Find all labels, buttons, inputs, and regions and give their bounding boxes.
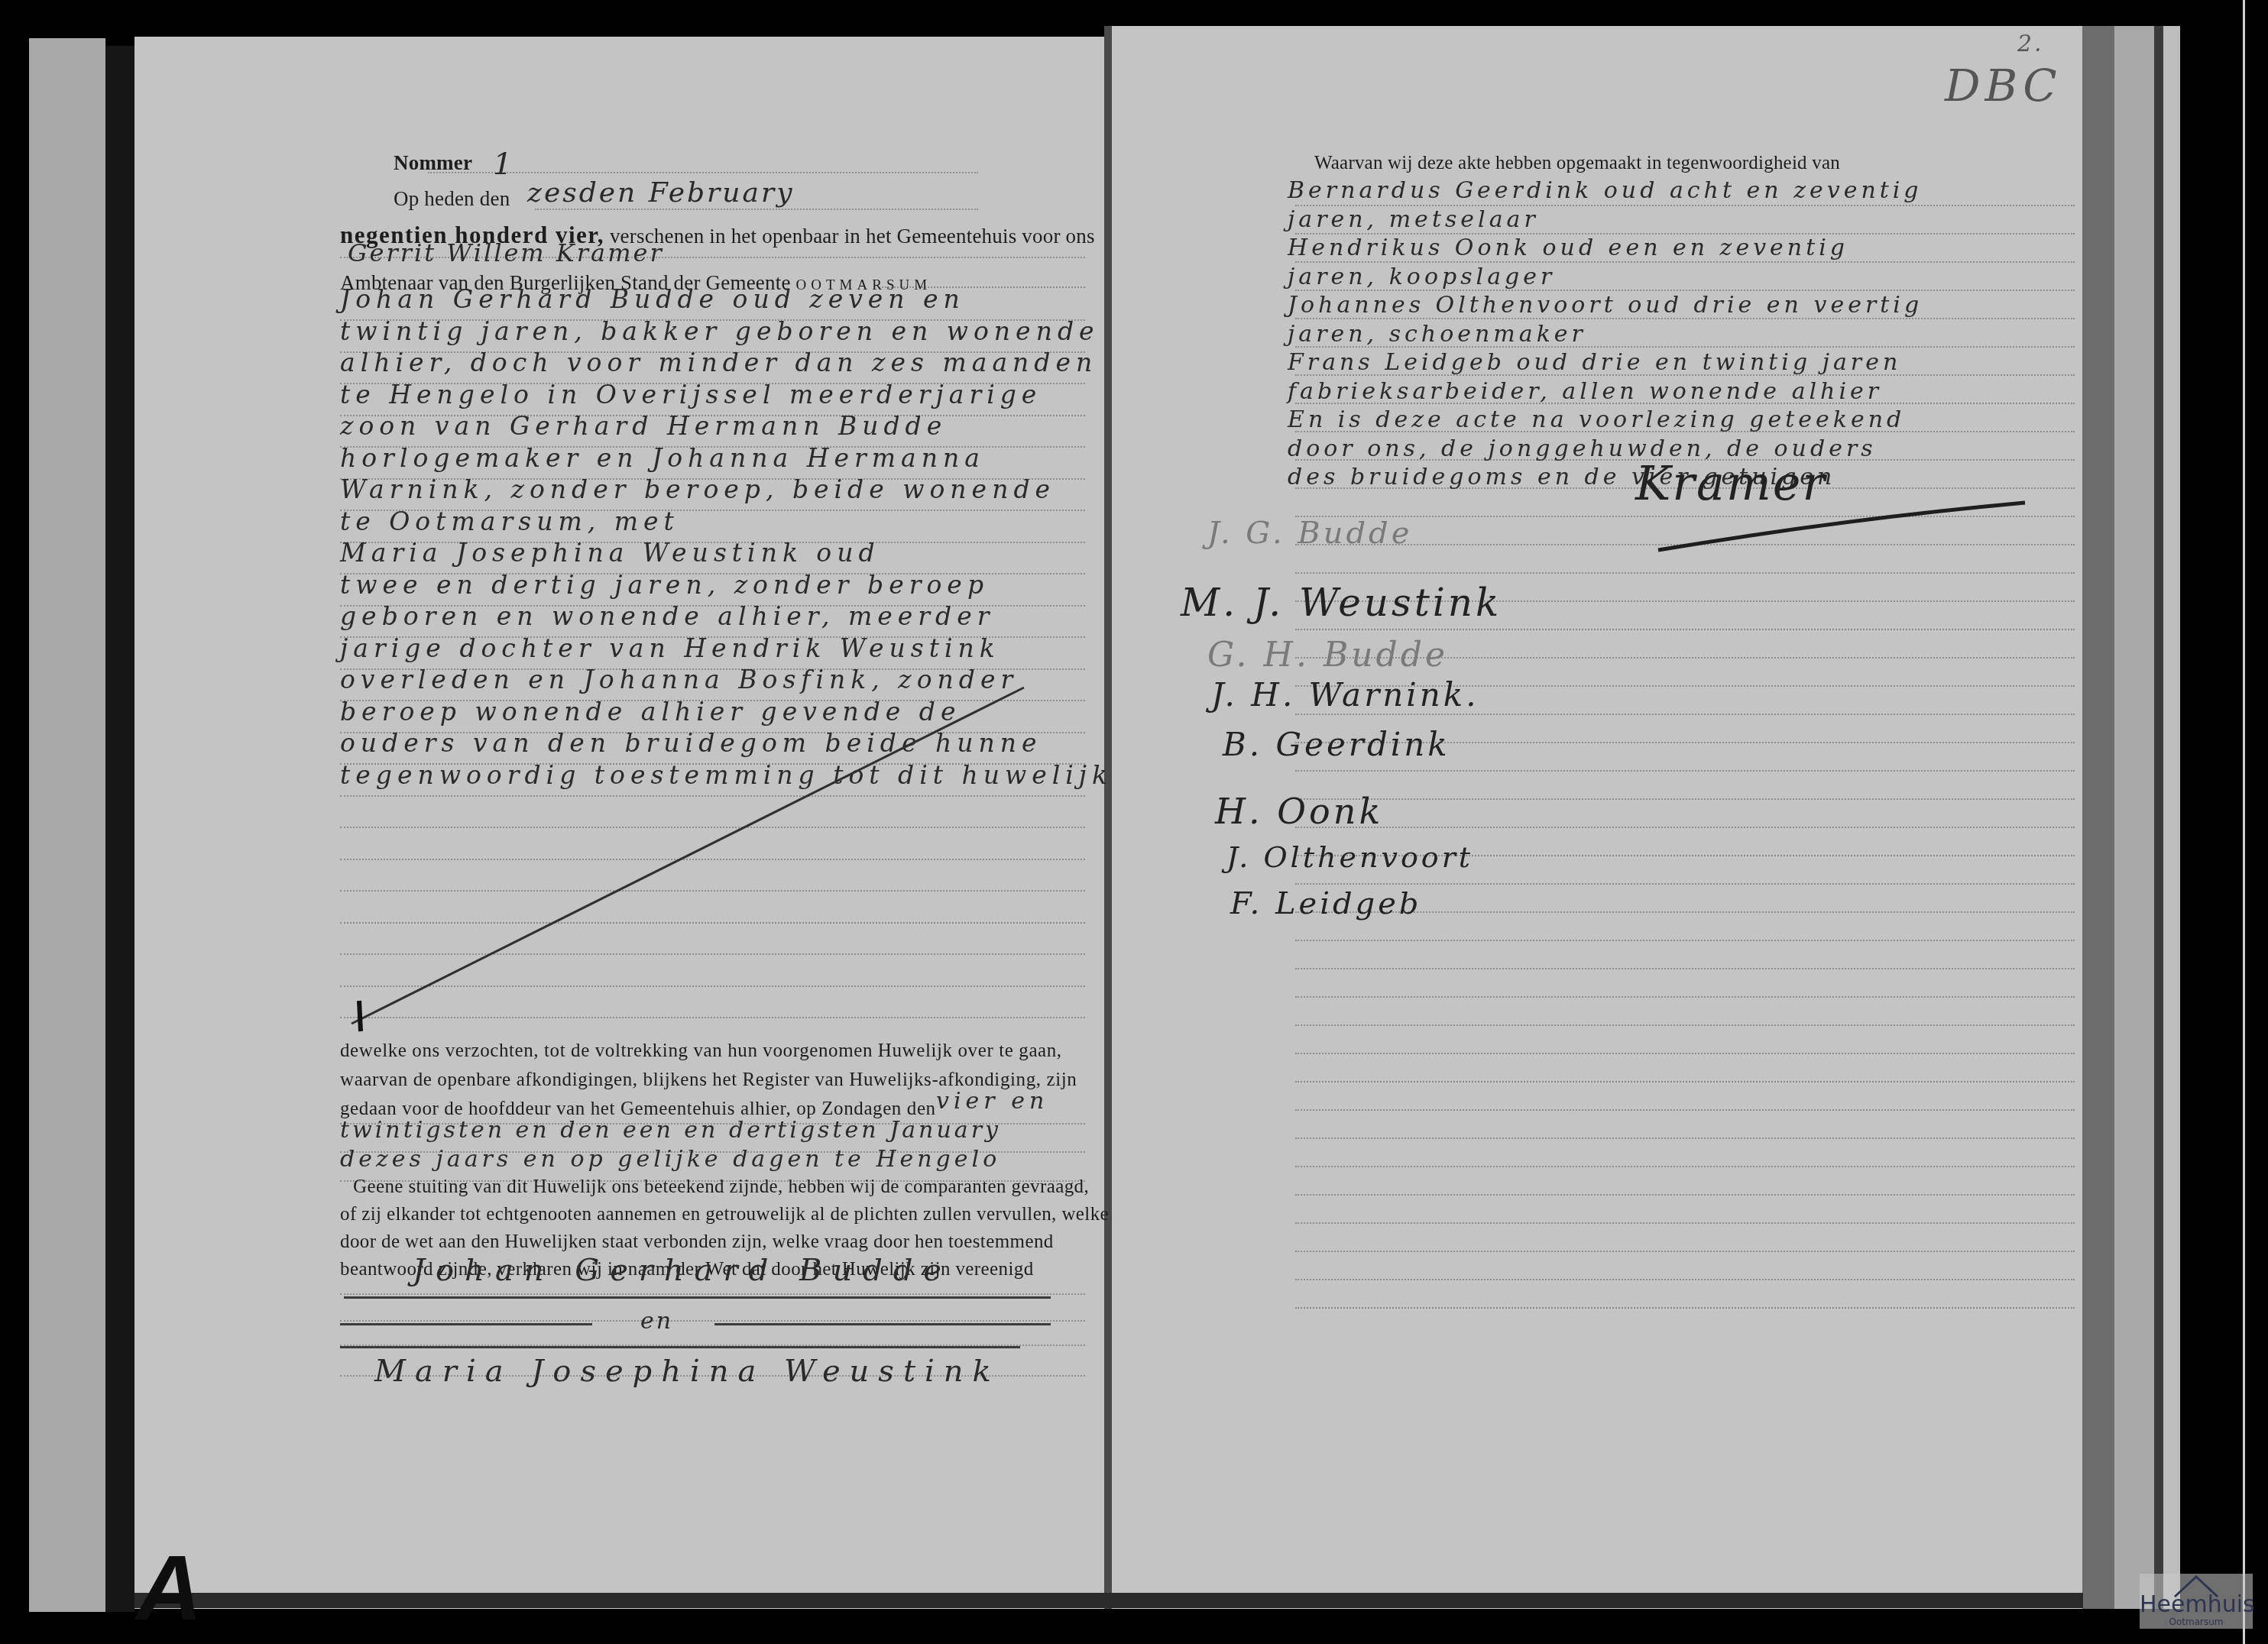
rule-line: [1295, 1279, 2075, 1280]
archive-mark: DBC: [1945, 60, 2062, 112]
conjunction: en: [640, 1308, 673, 1335]
rule-line: [1295, 996, 2075, 998]
rule-line: [340, 1320, 1085, 1322]
witness-signature: J. Olthenvoort: [1226, 840, 1473, 874]
witness-line: Frans Leidgeb oud drie en twintig jaren: [1288, 349, 1901, 376]
rule-line: [1295, 968, 2075, 969]
rule-line: [1295, 1081, 2075, 1083]
rule-line: [1295, 1138, 2075, 1139]
watermark-name: Heemhuis: [2140, 1594, 2253, 1616]
rule-line: [1295, 1024, 2075, 1026]
rule-line: [1295, 1109, 2075, 1111]
conjunction-line-right: [714, 1323, 1051, 1325]
number-label: Nommer: [394, 151, 472, 175]
witness-line: Hendrikus Oonk oud een en zeventig: [1288, 235, 1848, 261]
cancellation-stroke: [336, 672, 1085, 1039]
rule-line: [1295, 1053, 2075, 1054]
rule-line: [1295, 572, 2075, 574]
left-binding-band: [105, 46, 134, 1612]
record-number: 1: [493, 147, 514, 182]
printed-line: Geene stuiting van dit Huwelijk ons bete…: [353, 1176, 1089, 1198]
scan-border-line: [2243, 0, 2245, 1644]
rule-line: [1295, 1307, 2075, 1309]
rule-line: [1295, 714, 2075, 715]
handwritten-line: te Hengelo in Overijssel meerderjarige: [340, 380, 1042, 409]
bride-overline: [340, 1346, 1020, 1348]
rule-line: [1295, 940, 2075, 941]
witness-line: jaren, schoenmaker: [1288, 321, 1586, 348]
groom-name: Johan Gerhard Budde: [413, 1253, 952, 1288]
witness-signature: J. G. Budde: [1207, 516, 1412, 551]
witness-line: fabrieksarbeider, allen wonende alhier: [1288, 378, 1882, 405]
conjunction-line-left: [340, 1323, 592, 1325]
printed-line: door de wet aan den Huwelijken staat ver…: [340, 1231, 1054, 1253]
rule-line: [1295, 629, 2075, 630]
handwritten-line: zoon van Gerhard Hermann Budde: [340, 411, 947, 441]
proclamation-line: dezes jaars en op gelijke dagen te Henge…: [340, 1146, 1000, 1173]
witness-line: Bernardus Geerdink oud acht en zeventig: [1288, 177, 1923, 204]
left-binding-edge: [29, 38, 105, 1612]
handwritten-line: twintig jaren, bakker geboren en wonende: [340, 316, 1100, 346]
handwritten-line: jarige dochter van Hendrik Weustink: [340, 633, 1000, 663]
witness-line: Johannes Olthenvoort oud drie en veertig: [1288, 292, 1923, 319]
printed-line: of zij elkander tot echtgenooten aanneme…: [340, 1204, 1109, 1225]
rule-line: [1295, 1166, 2075, 1167]
page-edge-shadow: [2082, 26, 2114, 1609]
printed-line: dewelke ons verzochten, tot de voltrekki…: [340, 1040, 1062, 1062]
handwritten-line: twee en dertig jaren, zonder beroep: [340, 570, 989, 600]
witness-signature: B. Geerdink: [1223, 726, 1450, 763]
spine-line: [1104, 26, 1112, 1609]
rule-line: [1295, 827, 2075, 828]
witness-line: En is deze acte na voorlezing geteekend: [1288, 406, 1905, 433]
corner-letter: A: [136, 1536, 202, 1641]
witness-signature: H. Oonk: [1215, 791, 1383, 832]
groom-underline: [344, 1296, 1051, 1299]
bride-name: Maria Josephina Weustink: [374, 1354, 1000, 1389]
handwritten-line: geboren en wonende alhier, meerder: [340, 601, 995, 631]
number-label-text: Nommer: [394, 151, 472, 174]
witness-signature: G. H. Budde: [1207, 636, 1448, 675]
handwritten-line: Maria Josephina Weustink oud: [340, 538, 880, 568]
proclamation-line: twintigsten en den een en dertigsten Jan…: [340, 1117, 1001, 1144]
rule-line: [535, 209, 978, 210]
rule-line: [1295, 1222, 2075, 1224]
official-name: Gerrit Willem Kramer: [348, 238, 664, 267]
date-prefix: Op heden den: [394, 187, 510, 211]
page-number: 2.: [2017, 31, 2044, 57]
witness-signature: M. J. Weustink: [1181, 581, 1502, 625]
witness-line: jaren, koopslager: [1288, 264, 1555, 290]
handwritten-line: te Ootmarsum, met: [340, 506, 679, 536]
date-handwritten: zesden February: [527, 177, 795, 209]
witness-signature: F. Leidgeb: [1230, 886, 1421, 921]
witness-intro: Waarvan wij deze akte hebben opgemaakt i…: [1314, 153, 1840, 174]
watermark-place: Ootmarsum: [2140, 1616, 2253, 1627]
rule-line: [1295, 770, 2075, 772]
handwritten-line: alhier, doch voor minder dan zes maanden: [340, 348, 1097, 377]
official-flourish: [1651, 497, 2033, 558]
rule-line: [1295, 883, 2075, 885]
rule-line: [1295, 798, 2075, 800]
watermark: Heemhuis Ootmarsum: [2140, 1574, 2253, 1629]
page-edge-strip: [2114, 26, 2154, 1609]
handwritten-line: Johan Gerhard Budde oud zeven en: [340, 284, 965, 314]
witness-signature: J. H. Warnink.: [1211, 676, 1479, 714]
handwritten-line: horlogemaker en Johanna Hermanna: [340, 443, 985, 473]
witness-line: jaren, metselaar: [1288, 206, 1539, 233]
page-edge-last: [2163, 26, 2180, 1609]
bottom-shadow: [134, 1593, 2083, 1608]
year-rest: verschenen in het openbaar in het Gemeen…: [610, 225, 1095, 248]
proclamation-line: vier en: [936, 1088, 1048, 1115]
rule-line: [1295, 1251, 2075, 1252]
handwritten-line: Warnink, zonder beroep, beide wonende: [340, 474, 1055, 504]
rule-line: [1295, 1194, 2075, 1196]
page-edge-line: [2154, 26, 2163, 1609]
rule-line: [340, 1293, 1085, 1295]
